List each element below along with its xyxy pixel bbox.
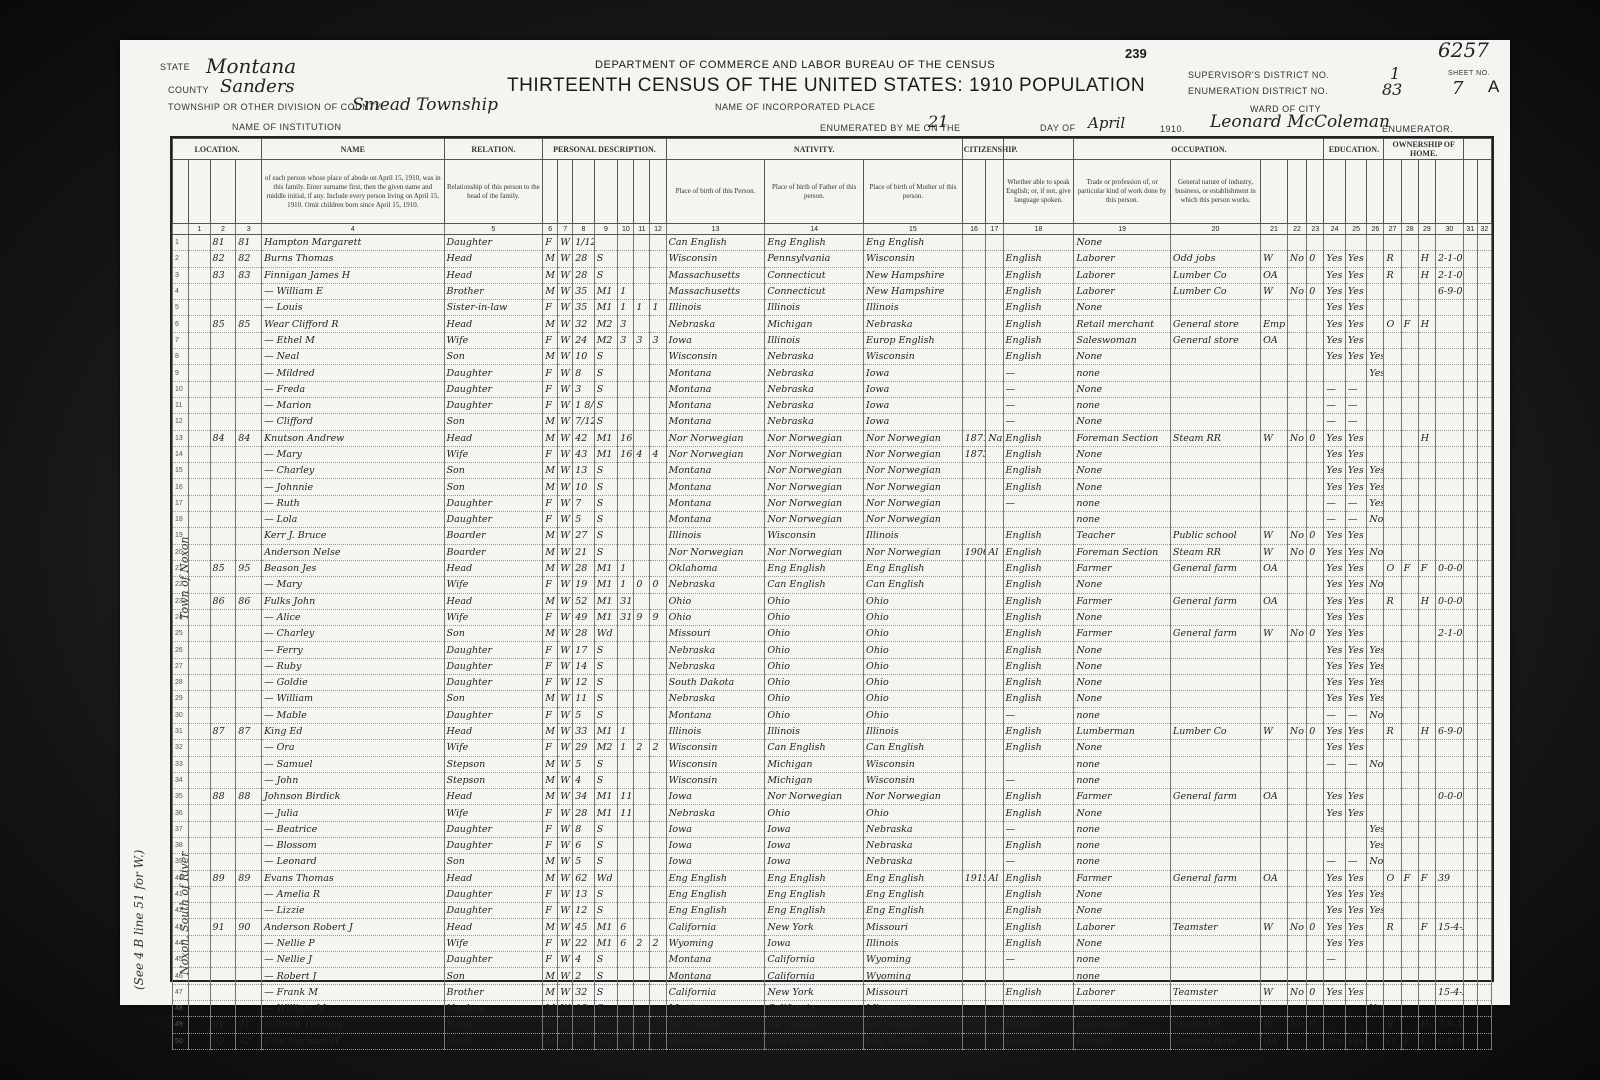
cell-industry: [1170, 772, 1260, 788]
cell-weeks: [1307, 235, 1324, 251]
cell-sched: [1435, 414, 1463, 430]
cell-nat: [986, 903, 1003, 919]
cell-class: [1261, 300, 1288, 316]
cell-sex: M: [543, 544, 558, 560]
cell-marital: S: [594, 707, 618, 723]
cell-family: [236, 854, 262, 870]
cell-years-married: [618, 968, 634, 984]
cell-nat: [986, 821, 1003, 837]
cell-out: [1287, 349, 1306, 365]
cell-years-married: 1: [618, 300, 634, 316]
cell-birth: Nebraska: [666, 805, 765, 821]
cell-years-married: [618, 235, 634, 251]
cell-farm: [1418, 789, 1435, 805]
column-number: 13: [666, 224, 765, 235]
cell-write: Yes: [1345, 1033, 1366, 1049]
cell-relation: Boarder: [444, 544, 543, 560]
cell-living: [650, 805, 666, 821]
cell-farm: [1418, 952, 1435, 968]
cell-empty: [1463, 593, 1477, 609]
cell-father-birth: Can English: [765, 740, 864, 756]
cell-dwelling: [210, 577, 236, 593]
cell-empty: [189, 593, 210, 609]
cell-empty: [1477, 300, 1491, 316]
cell-relation: Wife: [444, 805, 543, 821]
cell-relation: Head: [444, 560, 543, 576]
cell-empty: [1463, 397, 1477, 413]
cell-living: [650, 430, 666, 446]
cell-weeks: [1307, 789, 1324, 805]
cell-english: English: [1003, 560, 1074, 576]
cell-mother-birth: Illinois: [864, 723, 963, 739]
line-number: 34: [173, 772, 189, 788]
cell-father-birth: Illinois: [765, 300, 864, 316]
cell-dwelling: [210, 414, 236, 430]
cell-nat: [986, 479, 1003, 495]
cell-own: O: [1384, 316, 1401, 332]
cell-school: [1367, 984, 1384, 1000]
cell-immig: [962, 772, 986, 788]
cell-family: 84: [236, 430, 262, 446]
cell-empty: [189, 756, 210, 772]
cell-own: [1384, 952, 1401, 968]
cell-trade: none: [1074, 821, 1171, 837]
cell-school: No: [1367, 577, 1384, 593]
cell-own: [1384, 675, 1401, 691]
cell-family: [236, 463, 262, 479]
cell-empty: [1463, 365, 1477, 381]
table-row: 18— LolaDaughterFW5SMontanaNor Norwegian…: [173, 512, 1492, 528]
column-number: [173, 224, 189, 235]
cell-mother-birth: Eng English: [864, 886, 963, 902]
cell-father-birth: Nor Norwegian: [765, 789, 864, 805]
enumeration-value: 83: [1382, 80, 1402, 99]
cell-nat: [986, 414, 1003, 430]
cell-free: [1401, 349, 1418, 365]
cell-trade: None: [1074, 479, 1171, 495]
cell-class: [1261, 658, 1288, 674]
cell-empty: [189, 723, 210, 739]
cell-name: — Robert J: [262, 968, 444, 984]
col-family: [236, 160, 262, 224]
cell-read: Yes: [1324, 903, 1345, 919]
cell-relation: Daughter: [444, 495, 543, 511]
cell-out: [1287, 952, 1306, 968]
cell-father-birth: Iowa: [765, 854, 864, 870]
cell-dwelling: [210, 463, 236, 479]
cell-dwelling: [210, 512, 236, 528]
cell-age: 17: [573, 642, 594, 658]
cell-years-married: [618, 414, 634, 430]
cell-father-birth: Ohio: [765, 642, 864, 658]
cell-living: 2: [650, 935, 666, 951]
cell-nat: [986, 789, 1003, 805]
cell-nat: [986, 593, 1003, 609]
cell-living: [650, 479, 666, 495]
cell-weeks: [1307, 560, 1324, 576]
cell-family: [236, 365, 262, 381]
cell-english: —: [1003, 707, 1074, 723]
cell-living: [650, 1000, 666, 1016]
cell-immig: [962, 691, 986, 707]
cell-born: [634, 512, 650, 528]
cell-marital: S: [594, 528, 618, 544]
cell-read: [1324, 772, 1345, 788]
line-number: 10: [173, 381, 189, 397]
table-row: 68585Wear Clifford RHeadMW32M23NebraskaM…: [173, 316, 1492, 332]
cell-years-married: [618, 691, 634, 707]
cell-sex: F: [543, 675, 558, 691]
institution-label: NAME OF INSTITUTION: [232, 122, 342, 132]
cell-write: Yes: [1345, 577, 1366, 593]
cell-name: — Ruth: [262, 495, 444, 511]
line-number: 30: [173, 707, 189, 723]
cell-relation: Boarder: [444, 528, 543, 544]
cell-nat: [986, 463, 1003, 479]
cell-name: Anderson Robert J: [262, 919, 444, 935]
cell-relation: Head: [444, 1033, 543, 1049]
township-value: Smead Township: [352, 95, 498, 115]
cell-family: [236, 512, 262, 528]
cell-out: [1287, 935, 1306, 951]
cell-age: 42: [573, 430, 594, 446]
cell-out: [1287, 805, 1306, 821]
cell-father-birth: Ohio: [765, 658, 864, 674]
cell-age: 60: [573, 1017, 594, 1033]
cell-marital: M1: [594, 577, 618, 593]
cell-out: [1287, 560, 1306, 576]
cell-years-married: [618, 463, 634, 479]
cell-class: OA: [1261, 593, 1288, 609]
cell-own: [1384, 577, 1401, 593]
cell-age: 18: [573, 1000, 594, 1016]
cell-farm: [1418, 577, 1435, 593]
cell-born: [634, 642, 650, 658]
cell-class: W: [1261, 528, 1288, 544]
state-value: Montana: [206, 54, 296, 78]
cell-birth: Montana: [666, 381, 765, 397]
cell-race: W: [558, 544, 573, 560]
cell-write: Yes: [1345, 463, 1366, 479]
cell-farm: [1418, 658, 1435, 674]
cell-own: [1384, 691, 1401, 707]
cell-family: [236, 479, 262, 495]
cell-out: [1287, 316, 1306, 332]
cell-name: Kerr J. Bruce: [262, 528, 444, 544]
cell-dwelling: 82: [210, 251, 236, 267]
cell-industry: [1170, 1000, 1260, 1016]
cell-out: [1287, 463, 1306, 479]
census-table: LOCATION. NAME RELATION. PERSONAL DESCRI…: [170, 136, 1494, 982]
group-relation: RELATION.: [444, 139, 543, 160]
cell-years-married: [618, 903, 634, 919]
cell-marital: [594, 235, 618, 251]
cell-write: Yes: [1345, 528, 1366, 544]
cell-mother-birth: Ohio: [864, 707, 963, 723]
cell-nat: [986, 707, 1003, 723]
cell-age: 33: [573, 723, 594, 739]
cell-empty: [1463, 381, 1477, 397]
cell-sched: [1435, 805, 1463, 821]
cell-out: [1287, 691, 1306, 707]
cell-race: W: [558, 658, 573, 674]
cell-years-married: 11: [618, 805, 634, 821]
cell-empty: [189, 479, 210, 495]
cell-weeks: [1307, 495, 1324, 511]
cell-mother-birth: Ohio: [864, 691, 963, 707]
cell-sched: [1435, 397, 1463, 413]
cell-family: [236, 675, 262, 691]
cell-out: [1287, 903, 1306, 919]
cell-trade: None: [1074, 903, 1171, 919]
cell-immig: [962, 968, 986, 984]
cell-born: 2: [634, 740, 650, 756]
column-number: 31: [1463, 224, 1477, 235]
cell-race: W: [558, 691, 573, 707]
sheet-value: 7: [1452, 78, 1463, 99]
cell-family: 90: [236, 919, 262, 935]
cell-sched: [1435, 479, 1463, 495]
cell-born: 2: [634, 935, 650, 951]
cell-dwelling: [210, 1000, 236, 1016]
cell-birth: Montana: [666, 512, 765, 528]
cell-read: [1324, 837, 1345, 853]
cell-free: [1401, 837, 1418, 853]
cell-years-married: [618, 512, 634, 528]
cell-father-birth: Nebraska: [765, 414, 864, 430]
cell-dwelling: [210, 854, 236, 870]
cell-living: [650, 837, 666, 853]
group-occupation: OCCUPATION.: [1074, 139, 1324, 160]
line-number: 48: [173, 1000, 189, 1016]
cell-sched: [1435, 675, 1463, 691]
cell-nat: [986, 805, 1003, 821]
cell-father-birth: Eng English: [765, 235, 864, 251]
cell-own: [1384, 821, 1401, 837]
line-number: 1: [173, 235, 189, 251]
line-number: 2: [173, 251, 189, 267]
cell-mother-birth: Ohio: [864, 805, 963, 821]
cell-living: [650, 984, 666, 1000]
cell-born: [634, 968, 650, 984]
cell-marital: M2: [594, 332, 618, 348]
cell-family: [236, 968, 262, 984]
cell-immig: [962, 528, 986, 544]
cell-industry: [1170, 675, 1260, 691]
cell-trade: Retail merchant: [1074, 316, 1171, 332]
cell-dwelling: 92: [210, 1033, 236, 1049]
cell-family: [236, 642, 262, 658]
cell-class: [1261, 235, 1288, 251]
cell-empty: [1477, 1000, 1491, 1016]
cell-read: Yes: [1324, 479, 1345, 495]
cell-write: —: [1345, 397, 1366, 413]
cell-weeks: [1307, 365, 1324, 381]
cell-dwelling: [210, 772, 236, 788]
cell-english: —: [1003, 495, 1074, 511]
table-row: 509292Ellis Norman WHeadMW62M137Wisconsi…: [173, 1033, 1492, 1049]
column-number: 5: [444, 224, 543, 235]
cell-born: 9: [634, 609, 650, 625]
table-row: 48— William MNephewMW18SMontanaCaliforni…: [173, 1000, 1492, 1016]
cell-father-birth: Michigan: [765, 756, 864, 772]
cell-name: Evans Thomas: [262, 870, 444, 886]
cell-read: Yes: [1324, 577, 1345, 593]
cell-years-married: 1: [618, 577, 634, 593]
cell-sex: F: [543, 332, 558, 348]
cell-empty: [1463, 430, 1477, 446]
cell-read: Yes: [1324, 919, 1345, 935]
cell-english: —: [1003, 381, 1074, 397]
cell-birth: Eng English: [666, 870, 765, 886]
cell-empty: [189, 935, 210, 951]
cell-trade: None: [1074, 414, 1171, 430]
cell-dwelling: [210, 528, 236, 544]
cell-dwelling: 91: [210, 1017, 236, 1033]
cell-trade: None: [1074, 381, 1171, 397]
cell-years-married: 3: [618, 316, 634, 332]
cell-born: [634, 756, 650, 772]
cell-age: 24: [573, 332, 594, 348]
cell-farm: [1418, 707, 1435, 723]
cell-mother-birth: Wisconsin: [864, 251, 963, 267]
cell-relation: Daughter: [444, 886, 543, 902]
cell-nat: Na: [986, 430, 1003, 446]
cell-name: — Mable: [262, 707, 444, 723]
cell-read: —: [1324, 707, 1345, 723]
cell-trade: Watchman: [1074, 1017, 1171, 1033]
cell-school: Yes: [1367, 675, 1384, 691]
cell-relation: Wife: [444, 332, 543, 348]
cell-empty: [1463, 283, 1477, 299]
cell-marital: M1: [594, 446, 618, 462]
table-row: 47— Frank MBrotherMW32SCaliforniaNew Yor…: [173, 984, 1492, 1000]
cell-class: W: [1261, 1017, 1288, 1033]
cell-dwelling: [210, 300, 236, 316]
cell-nat: Al: [986, 544, 1003, 560]
cell-class: W: [1261, 430, 1288, 446]
cell-nat: [986, 560, 1003, 576]
stamp-number: 6257: [1438, 38, 1489, 62]
cell-weeks: [1307, 886, 1324, 902]
cell-out: No: [1287, 984, 1306, 1000]
cell-weeks: [1307, 267, 1324, 283]
cell-nat: [986, 512, 1003, 528]
cell-family: [236, 984, 262, 1000]
cell-out: [1287, 593, 1306, 609]
cell-immig: [962, 707, 986, 723]
cell-birth: Oklahoma: [666, 560, 765, 576]
table-row: 36— JuliaWifeFW28M111NebraskaOhioOhioEng…: [173, 805, 1492, 821]
cell-age: 5: [573, 512, 594, 528]
cell-name: — Lola: [262, 512, 444, 528]
cell-dwelling: [210, 479, 236, 495]
cell-english: —: [1003, 365, 1074, 381]
cell-living: [650, 691, 666, 707]
cell-industry: Lumber Co: [1170, 723, 1260, 739]
table-row: 42— LizzieDaughterFW12SEng EnglishEng En…: [173, 903, 1492, 919]
cell-mother-birth: Eng English: [864, 560, 963, 576]
cell-name: Johnson Birdick: [262, 789, 444, 805]
cell-trade: None: [1074, 446, 1171, 462]
cell-family: [236, 577, 262, 593]
cell-dwelling: [210, 805, 236, 821]
cell-relation: Daughter: [444, 658, 543, 674]
cell-empty: [189, 1000, 210, 1016]
cell-class: [1261, 414, 1288, 430]
cell-farm: [1418, 626, 1435, 642]
cell-dwelling: [210, 446, 236, 462]
cell-empty: [1463, 560, 1477, 576]
cell-father-birth: New York: [765, 919, 864, 935]
cell-own: [1384, 332, 1401, 348]
cell-empty: [1463, 512, 1477, 528]
cell-empty: [1477, 805, 1491, 821]
column-number: 22: [1287, 224, 1306, 235]
table-row: 22— MaryWifeFW19M1100NebraskaCan English…: [173, 577, 1492, 593]
cell-weeks: [1307, 642, 1324, 658]
cell-sched: 0-0-0-0: [1435, 560, 1463, 576]
cell-trade: None: [1074, 300, 1171, 316]
cell-sex: F: [543, 886, 558, 902]
cell-immig: [962, 854, 986, 870]
cell-years-married: [618, 837, 634, 853]
cell-english: English: [1003, 903, 1074, 919]
cell-marital: M1: [594, 609, 618, 625]
line-number: 32: [173, 740, 189, 756]
cell-english: English: [1003, 675, 1074, 691]
cell-sex: F: [543, 577, 558, 593]
cell-race: W: [558, 984, 573, 1000]
cell-empty: [189, 235, 210, 251]
group-misc: [1463, 139, 1491, 160]
cell-write: —: [1345, 495, 1366, 511]
cell-write: Yes: [1345, 723, 1366, 739]
cell-years-married: [618, 772, 634, 788]
cell-nat: [986, 300, 1003, 316]
cell-sex: M: [543, 414, 558, 430]
cell-living: [650, 919, 666, 935]
cell-immig: [962, 919, 986, 935]
cell-sched: [1435, 609, 1463, 625]
column-number: 25: [1345, 224, 1366, 235]
cell-empty: [1477, 821, 1491, 837]
col-naturalized: [986, 160, 1003, 224]
cell-empty: [1477, 267, 1491, 283]
cell-weeks: [1307, 609, 1324, 625]
cell-school: [1367, 446, 1384, 462]
cell-english: [1003, 968, 1074, 984]
cell-nat: [986, 675, 1003, 691]
cell-father-birth: Ohio: [765, 675, 864, 691]
cell-dwelling: [210, 886, 236, 902]
cell-read: Yes: [1324, 332, 1345, 348]
cell-read: Yes: [1324, 349, 1345, 365]
cell-sched: [1435, 740, 1463, 756]
cell-class: [1261, 1000, 1288, 1016]
cell-race: W: [558, 821, 573, 837]
cell-sex: F: [543, 235, 558, 251]
cell-school: [1367, 919, 1384, 935]
cell-years-married: [618, 854, 634, 870]
table-row: 5— LouisSister-in-lawFW35M1111IllinoisIl…: [173, 300, 1492, 316]
cell-own: [1384, 1000, 1401, 1016]
cell-class: [1261, 952, 1288, 968]
cell-relation: Wife: [444, 446, 543, 462]
table-row: 41— Amelia RDaughterFW13SEng EnglishEng …: [173, 886, 1492, 902]
table-row: 18181Hampton MargarettDaughterFW1/12Can …: [173, 235, 1492, 251]
cell-empty: [1477, 609, 1491, 625]
